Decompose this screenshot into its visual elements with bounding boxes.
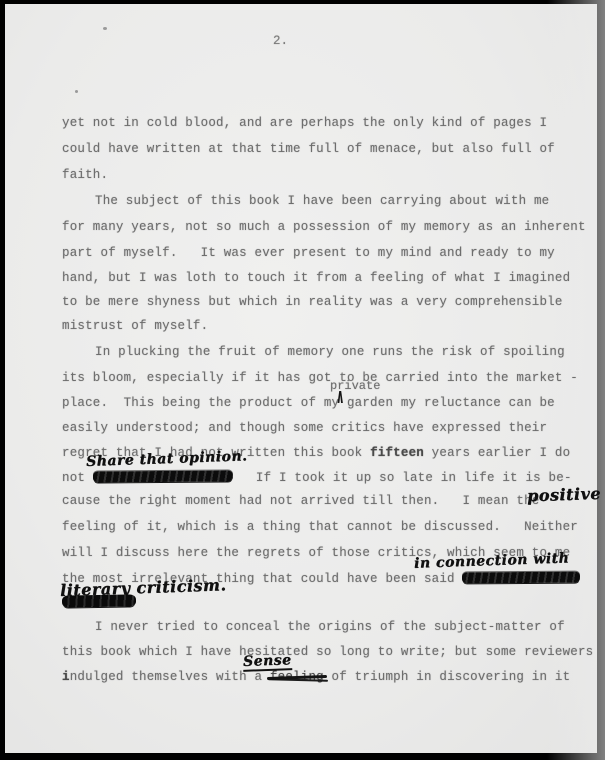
typed-text: of triumph in discovering in it — [324, 670, 570, 684]
typed-line-7: hand, but I was loth to touch it from a … — [62, 271, 570, 285]
typed-line-4: The subject of this book I have been car… — [95, 194, 549, 208]
typed-text: If I took it up so late in life it is be… — [233, 471, 572, 485]
typed-text: The subject of this book I have been car… — [95, 194, 549, 208]
typed-line-9: mistrust of myself. — [62, 319, 208, 333]
typed-text: for many years, not so much a possession… — [62, 220, 586, 234]
typed-text: i — [62, 670, 70, 684]
typed-line-20: I never tried to conceal the origins of … — [95, 620, 565, 634]
ink-obliteration-scribble — [462, 572, 580, 584]
typed-line-12: place. This being the product of my gard… — [62, 396, 555, 410]
typed-text: faith. — [62, 168, 108, 182]
typed-text: could have written at that time full of … — [62, 142, 555, 156]
typed-line-22: indulged themselves with a feeling of tr… — [62, 670, 570, 684]
typed-line-5: for many years, not so much a possession… — [62, 220, 586, 234]
typed-line-1: yet not in cold blood, and are perhaps t… — [62, 116, 547, 130]
typed-line-2: could have written at that time full of … — [62, 142, 555, 156]
typed-text: this book which I have hesitated so long… — [62, 645, 593, 659]
typed-line-21: this book which I have hesitated so long… — [62, 645, 593, 659]
typed-text: not — [62, 471, 93, 485]
scan-speck-2 — [75, 90, 78, 93]
typed-line-11: its bloom, especially if it has got to b… — [62, 371, 578, 385]
hand-scribble-crossed-word — [62, 594, 136, 607]
page-number: 2. — [273, 34, 288, 48]
insert-caret-mark: ∧ — [336, 386, 344, 410]
typed-text: fifteen — [370, 446, 424, 460]
typed-text: yet not in cold blood, and are perhaps t… — [62, 116, 547, 130]
typed-text: cause the right moment had not arrived t… — [62, 494, 539, 508]
typed-text: feeling of it, which is a thing that can… — [62, 520, 578, 534]
typed-text: place. This being the product of my gard… — [62, 396, 555, 410]
typed-text: its bloom, especially if it has got to b… — [62, 371, 578, 385]
typed-text: hand, but I was loth to touch it from a … — [62, 271, 570, 285]
typed-line-3: faith. — [62, 168, 108, 182]
typed-line-10: In plucking the fruit of memory one runs… — [95, 345, 565, 359]
typed-line-17: feeling of it, which is a thing that can… — [62, 520, 578, 534]
struck-out-word: feeling — [270, 670, 324, 684]
typed-text: to be mere shyness but which in reality … — [62, 295, 563, 309]
typed-line-13: easily understood; and though some criti… — [62, 421, 547, 435]
handwritten-sense: Sense — [243, 652, 292, 672]
scanned-manuscript-page: 2. yet not in cold blood, and are perhap… — [0, 0, 605, 760]
typed-text: In plucking the fruit of memory one runs… — [95, 345, 565, 359]
typed-text: ndulged themselves with a — [70, 670, 270, 684]
ink-obliteration-scribble — [93, 471, 233, 483]
typed-text: years earlier I do — [424, 446, 570, 460]
scan-speck-1 — [103, 27, 107, 30]
handwritten-positive: positive — [527, 484, 602, 506]
typed-text: mistrust of myself. — [62, 319, 208, 333]
typed-text: I never tried to conceal the origins of … — [95, 620, 565, 634]
typed-line-6: part of myself. It was ever present to m… — [62, 246, 555, 260]
typed-line-16: cause the right moment had not arrived t… — [62, 494, 539, 508]
typed-line-8: to be mere shyness but which in reality … — [62, 295, 563, 309]
typed-line-15: not If I took it up so late in life it i… — [62, 470, 572, 485]
typed-text: part of myself. It was ever present to m… — [62, 246, 555, 260]
typed-text: easily understood; and though some criti… — [62, 421, 547, 435]
